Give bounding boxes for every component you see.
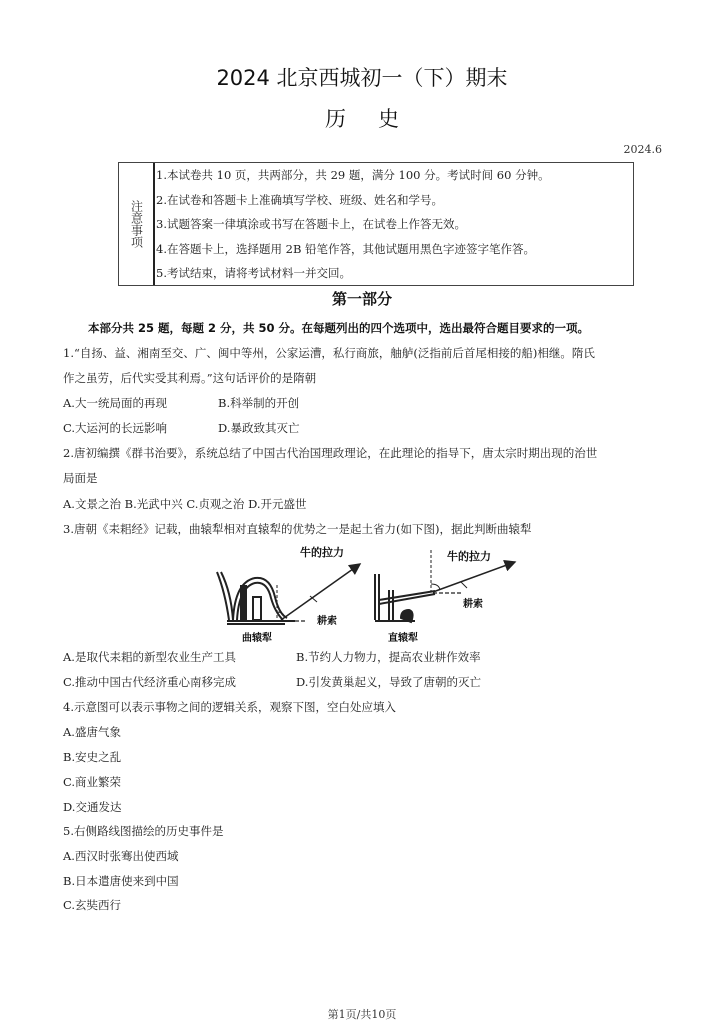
q5-option-a: A.西汉时张骞出使西域 <box>63 848 178 864</box>
q2-stem-line1: 2.唐初编撰《群书治要》，系统总结了中国古代治国理政理论，在此理论的指导下，唐太… <box>63 445 597 461</box>
notes-list: 1.本试卷共 10 页，共两部分，共 29 题，满分 100 分。考试时间 60… <box>156 165 629 288</box>
q3-option-b: B.节约人力物力，提高农业耕作效率 <box>296 649 481 665</box>
q5-stem: 5.右侧路线图描绘的历史事件是 <box>63 823 223 839</box>
q4-option-b: B.安史之乱 <box>63 749 121 765</box>
section-instruction: 本部分共 25 题，每题 2 分，共 50 分。在每题列出的四个选项中，选出最符… <box>88 320 589 336</box>
q2-stem-line2: 局面是 <box>63 470 98 486</box>
q4-stem: 4.示意图可以表示事物之间的逻辑关系，观察下图，空白处应填入 <box>63 699 396 715</box>
q2-options: A.文景之治 B.光武中兴 C.贞观之治 D.开元盛世 <box>63 496 307 512</box>
q4-option-c: C.商业繁荣 <box>63 774 121 790</box>
q5-option-b: B.日本遣唐使来到中国 <box>63 873 179 889</box>
exam-date: 2024.6 <box>624 143 663 156</box>
notes-box: 注意事项 1.本试卷共 10 页，共两部分，共 29 题，满分 100 分。考试… <box>118 162 634 286</box>
rope-label-right: 耕索 <box>463 597 483 610</box>
q3-option-c: C.推动中国古代经济重心南移完成 <box>63 674 236 690</box>
note-item: 5.考试结束，请将考试材料一并交回。 <box>156 263 629 288</box>
plough-diagram: 牛的拉力 耕索 曲辕犁 牛的拉力 耕索 直辕犁 <box>205 542 540 644</box>
force-label-right: 牛的拉力 <box>447 549 491 563</box>
q4-option-d: D.交通发达 <box>63 799 121 815</box>
q3-option-d: D.引发黄巢起义，导致了唐朝的灭亡 <box>296 674 481 690</box>
q1-option-b: B.科举制的开创 <box>218 395 299 411</box>
note-item: 4.在答题卡上，选择题用 2B 铅笔作答，其他试题用黑色字迹签字笔作答。 <box>156 239 629 264</box>
q5-option-c: C.玄奘西行 <box>63 897 121 913</box>
note-item: 3.试题答案一律填涂或书写在答题卡上，在试卷上作答无效。 <box>156 214 629 239</box>
curved-plough-caption: 曲辕犁 <box>242 631 272 644</box>
q1-option-a: A.大一统局面的再现 <box>63 395 167 411</box>
straight-plough-icon <box>375 574 435 622</box>
note-item: 1.本试卷共 10 页，共两部分，共 29 题，满分 100 分。考试时间 60… <box>156 165 629 190</box>
q1-stem-line1: 1.“自扬、益、湘南至交、广、闽中等州，公家运漕，私行商旅，舳舻(泛指前后首尾相… <box>63 345 595 361</box>
straight-plough-caption: 直辕犁 <box>388 631 418 644</box>
notes-label: 注意事项 <box>119 163 155 285</box>
q1-option-d: D.暴政致其灭亡 <box>218 420 299 436</box>
subject-title: 历史 <box>0 103 724 133</box>
rope-label-left: 耕索 <box>317 614 337 627</box>
section-title: 第一部分 <box>0 288 724 309</box>
q3-stem-line1: 3.唐朝《耒耜经》记载，曲辕犁相对直辕犁的优势之一是起土省力(如下图)，据此判断… <box>63 521 531 537</box>
page-indicator: 第1页/共10页 <box>0 1006 724 1022</box>
q1-stem-line2: 作之虽劳，后代实受其利焉。”这句话评价的是隋朝 <box>63 370 316 386</box>
note-item: 2.在试卷和答题卡上准确填写学校、班级、姓名和学号。 <box>156 190 629 215</box>
q3-option-a: A.是取代耒耜的新型农业生产工具 <box>63 649 236 665</box>
force-label-left: 牛的拉力 <box>300 545 344 559</box>
curved-plough-icon <box>217 572 295 624</box>
q4-option-a: A.盛唐气象 <box>63 724 121 740</box>
exam-title: 2024 北京西城初一（下）期末 <box>0 62 724 92</box>
q1-option-c: C.大运河的长远影响 <box>63 420 167 436</box>
